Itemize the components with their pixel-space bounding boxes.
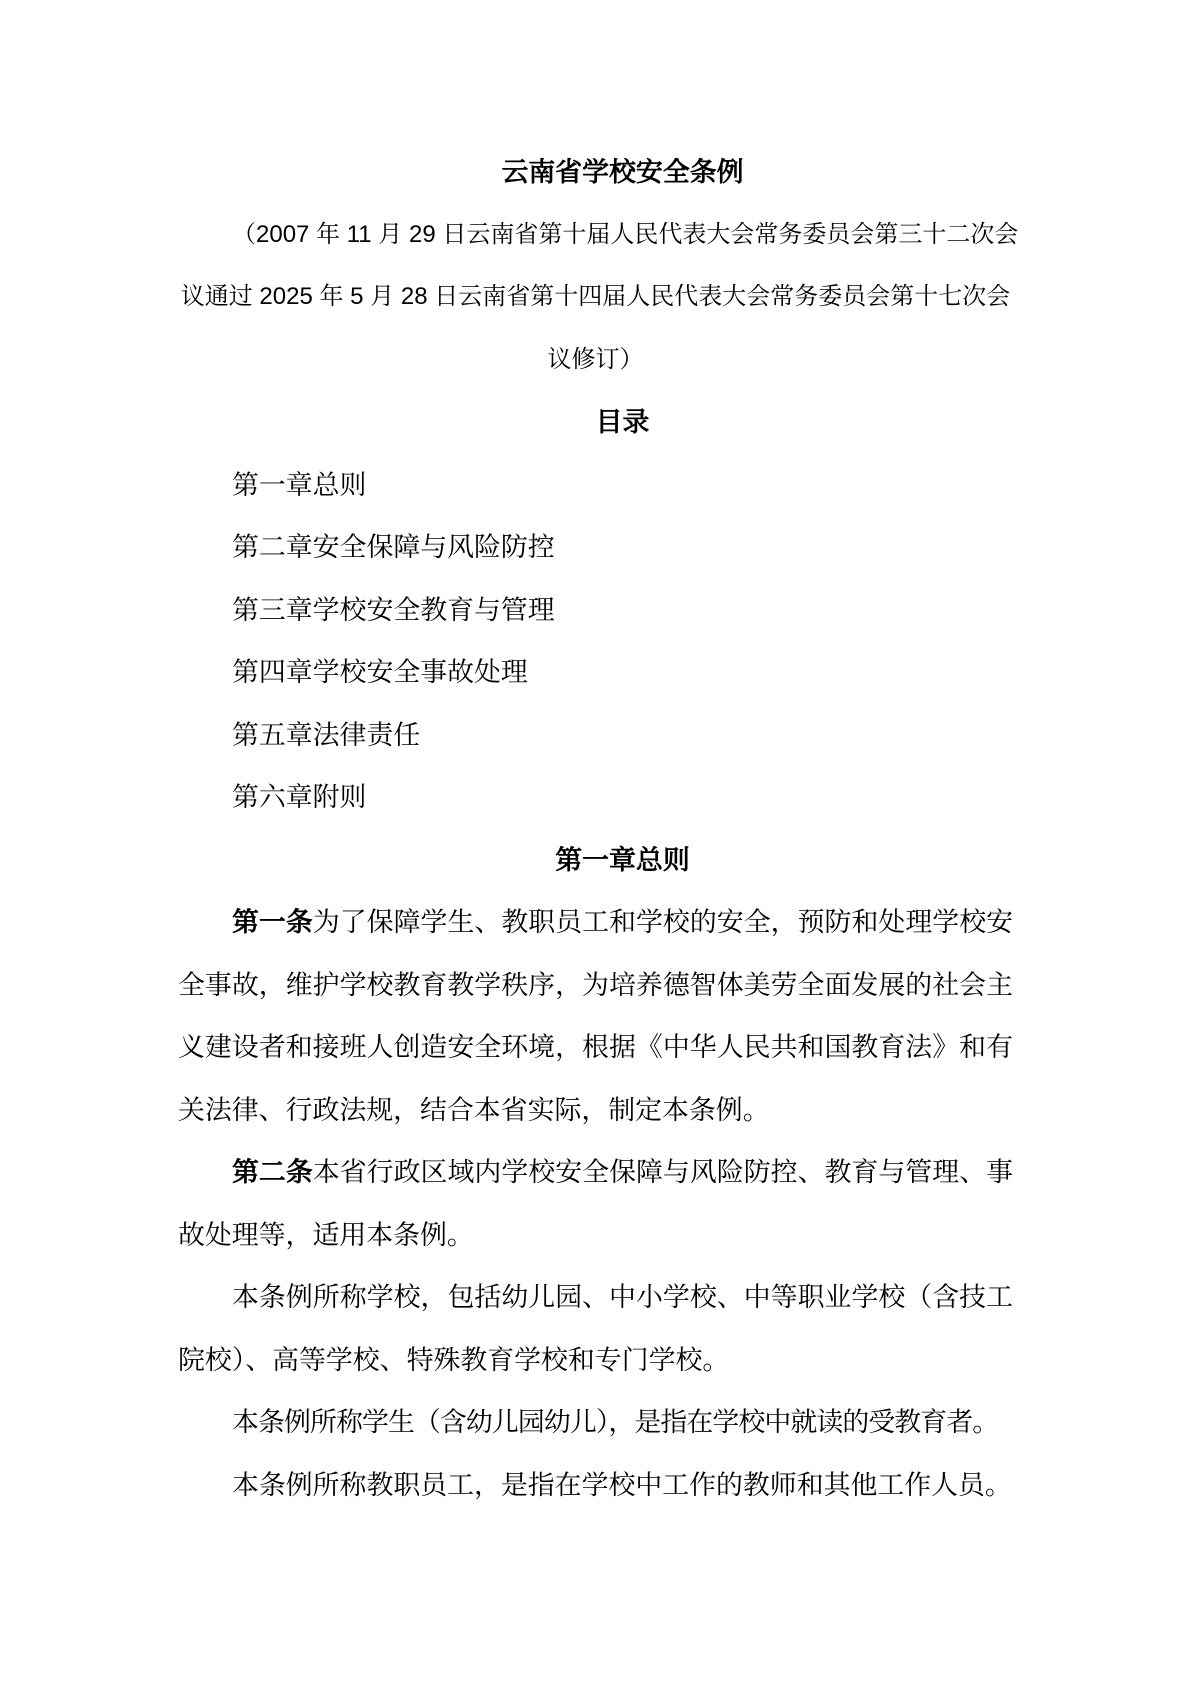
article-1-line-1: 第一条为了保障学生、教职员工和学校的安全，预防和处理学校安 xyxy=(178,891,1013,954)
preamble-line-1: （2007 年 11 月 29 日云南省第十届人民代表大会常务委员会第三十二次会 xyxy=(178,204,1013,267)
schools-definition-line-2: 院校）、高等学校、特殊教育学校和专门学校。 xyxy=(178,1329,1013,1392)
staff-definition-line: 本条例所称教职员工，是指在学校中工作的教师和其他工作人员。 xyxy=(178,1454,1013,1517)
article-2-line-2: 故处理等，适用本条例。 xyxy=(178,1204,1013,1267)
toc-item-chapter-6: 第六章附则 xyxy=(178,766,1013,829)
toc-heading: 目录 xyxy=(178,391,1013,454)
article-1-label: 第一条 xyxy=(232,907,313,937)
article-1-line-3: 义建设者和接班人创造安全环境，根据《中华人民共和国教育法》和有 xyxy=(178,1016,1013,1079)
article-2-label: 第二条 xyxy=(232,1157,313,1187)
schools-definition-line-1: 本条例所称学校，包括幼儿园、中小学校、中等职业学校（含技工 xyxy=(178,1266,1013,1329)
article-2-text-1: 本省行政区域内学校安全保障与风险防控、教育与管理、事 xyxy=(313,1157,1013,1187)
preamble-line-2: 议通过 2025 年 5 月 28 日云南省第十四届人民代表大会常务委员会第十七… xyxy=(178,266,1013,329)
toc-item-chapter-5: 第五章法律责任 xyxy=(178,704,1013,767)
toc-item-chapter-1: 第一章总则 xyxy=(178,454,1013,517)
toc-item-chapter-2: 第二章安全保障与风险防控 xyxy=(178,516,1013,579)
students-definition-line: 本条例所称学生（含幼儿园幼儿），是指在学校中就读的受教育者。 xyxy=(178,1391,1013,1454)
toc-item-chapter-3: 第三章学校安全教育与管理 xyxy=(178,579,1013,642)
chapter-1-heading: 第一章总则 xyxy=(178,829,1013,892)
article-1-text-1: 为了保障学生、教职员工和学校的安全，预防和处理学校安 xyxy=(313,907,1013,937)
text-column: 云南省学校安全条例 （2007 年 11 月 29 日云南省第十届人民代表大会常… xyxy=(178,141,1013,1516)
toc-item-chapter-4: 第四章学校安全事故处理 xyxy=(178,641,1013,704)
article-1-line-2: 全事故，维护学校教育教学秩序，为培养德智体美劳全面发展的社会主 xyxy=(178,954,1013,1017)
doc-title: 云南省学校安全条例 xyxy=(178,141,1013,204)
article-2-line-1: 第二条本省行政区域内学校安全保障与风险防控、教育与管理、事 xyxy=(178,1141,1013,1204)
article-1-line-4: 关法律、行政法规，结合本省实际，制定本条例。 xyxy=(178,1079,1013,1142)
document-page: 云南省学校安全条例 （2007 年 11 月 29 日云南省第十届人民代表大会常… xyxy=(0,0,1191,1684)
preamble-line-3: 议修订） xyxy=(178,329,1013,392)
